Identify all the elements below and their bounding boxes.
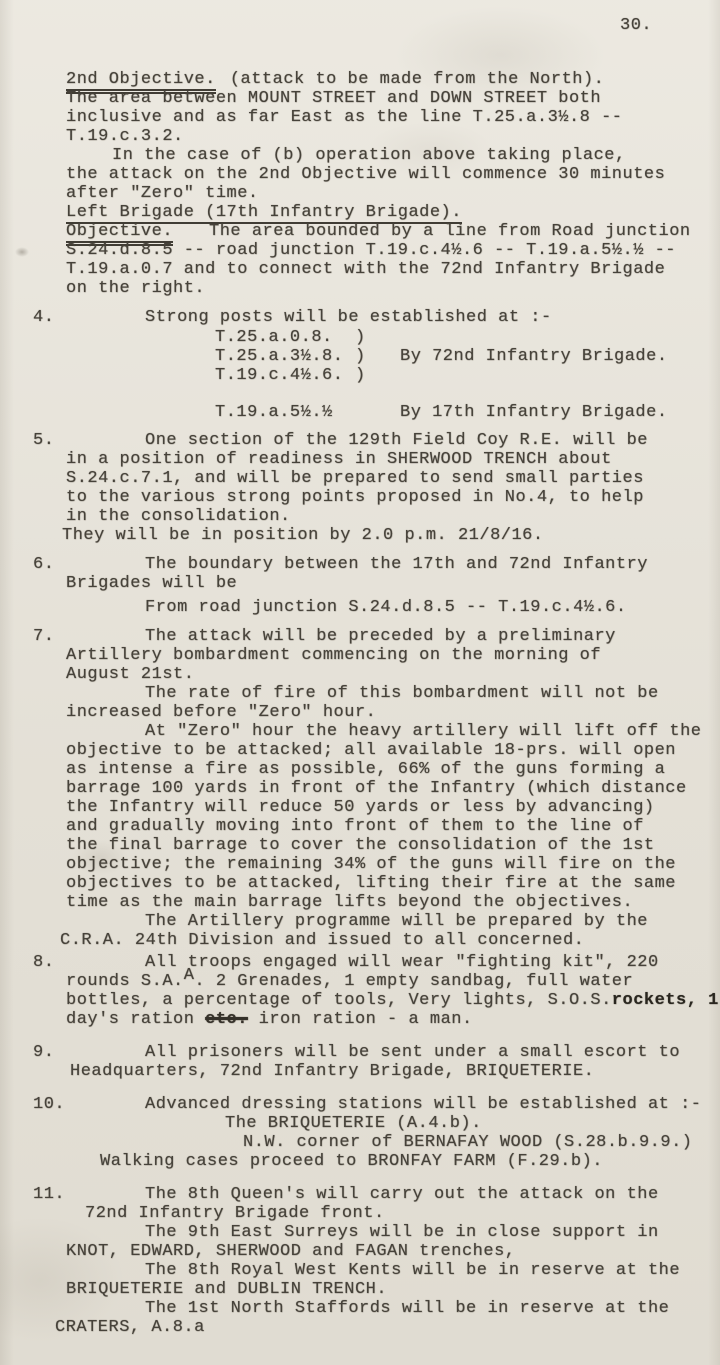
strong-post-row: T.25.a.3½.8.)By 72nd Infantry Brigade.: [215, 347, 668, 366]
text-segment: day's ration: [66, 1010, 205, 1029]
doc-line: S.24.d.8.5 -- road junction T.19.c.4½.6 …: [66, 241, 676, 260]
section-number: 4.: [33, 308, 54, 327]
doc-line: The area between MOUNT STREET and DOWN S…: [66, 89, 601, 108]
map-coordinate: T.25.a.0.8.: [215, 328, 355, 347]
doc-line: KNOT, EDWARD, SHERWOOD and FAGAN trenche…: [66, 1242, 515, 1261]
doc-line: rounds S.A.A. 2 Grenades, 1 empty sandba…: [66, 972, 633, 991]
doc-line: The 1st North Staffords will be in reser…: [145, 1299, 669, 1318]
doc-line: Artillery bombardment commencing on the …: [66, 646, 601, 665]
doc-line: in a position of readiness in SHERWOOD T…: [66, 450, 612, 469]
doc-line: They will be in position by 2.0 p.m. 21/…: [62, 526, 544, 545]
later-ink-text: rockets, 1: [612, 991, 719, 1010]
doc-line: August 21st.: [66, 665, 194, 684]
text-segment: bottles, a percentage of tools, Very lig…: [66, 991, 612, 1010]
map-coordinate: T.19.c.4½.6.: [215, 366, 355, 385]
doc-line: after "Zero" time.: [66, 184, 259, 203]
doc-line: the attack on the 2nd Objective will com…: [66, 165, 665, 184]
doc-line: the Infantry will reduce 50 yards or les…: [66, 798, 655, 817]
bracket: ): [355, 347, 400, 366]
page-number: 30.: [620, 16, 652, 35]
doc-line: C.R.A. 24th Division and issued to all c…: [60, 931, 584, 950]
heading-left-brigade: Left Brigade (17th Infantry Brigade).: [66, 203, 462, 224]
doc-line: S.24.c.7.1, and will be prepared to send…: [66, 469, 644, 488]
doc-line: The BRIQUETERIE (A.4.b).: [225, 1114, 482, 1133]
doc-line: in the consolidation.: [66, 507, 291, 526]
section-number: 5.: [33, 431, 54, 450]
heading-2nd-objective-rest: (attack to be made from the North).: [230, 70, 605, 89]
bracket: [355, 403, 400, 422]
doc-line: on the right.: [66, 279, 205, 298]
strong-post-row: T.19.c.4½.6.): [215, 366, 400, 385]
doc-line: The rate of fire of this bombardment wil…: [145, 684, 659, 703]
doc-line: CRATERS, A.8.a: [55, 1318, 205, 1337]
document-page: 30. 2nd Objective.(attack to be made fro…: [0, 0, 720, 1365]
doc-line: barrage 100 yards in front of the Infant…: [66, 779, 687, 798]
doc-line: objective; the remaining 34% of the guns…: [66, 855, 676, 874]
doc-line: Left Brigade (17th Infantry Brigade).: [66, 203, 462, 222]
doc-line: In the case of (b) operation above takin…: [112, 146, 626, 165]
doc-line: The boundary between the 17th and 72nd I…: [145, 555, 648, 574]
section-number: 9.: [33, 1043, 54, 1062]
objective-text: The area bounded by a line from Road jun…: [209, 222, 691, 241]
text-segment: rounds S.A.: [66, 972, 184, 991]
text-segment: iron ration - a man.: [248, 1010, 473, 1029]
section-number: 11.: [33, 1185, 65, 1204]
doc-line: objective to be attacked; all available …: [66, 741, 676, 760]
doc-line: day's ration etc. iron ration - a man.: [66, 1010, 473, 1029]
text-segment: . 2 Grenades, 1 empty sandbag, full wate…: [194, 972, 633, 991]
doc-line: Advanced dressing stations will be estab…: [145, 1095, 702, 1114]
doc-line: and gradually moving into front of them …: [66, 817, 644, 836]
struck-out-text: etc.: [205, 1010, 248, 1029]
doc-line: increased before "Zero" hour.: [66, 703, 376, 722]
map-coordinate: T.25.a.3½.8.: [215, 347, 355, 366]
doc-line: objectives to be attacked, lifting their…: [66, 874, 676, 893]
bracket: ): [355, 366, 400, 385]
doc-line: Brigades will be: [66, 574, 237, 593]
doc-line: to the various strong points proposed in…: [66, 488, 644, 507]
map-coordinate: T.19.a.5½.½: [215, 403, 355, 422]
doc-line: The 8th Royal West Kents will be in rese…: [145, 1261, 680, 1280]
doc-line: bottles, a percentage of tools, Very lig…: [66, 991, 719, 1010]
doc-line: From road junction S.24.d.8.5 -- T.19.c.…: [145, 598, 627, 617]
doc-line: Walking cases proceed to BRONFAY FARM (F…: [100, 1152, 603, 1171]
doc-line: T.19.a.0.7 and to connect with the 72nd …: [66, 260, 665, 279]
doc-line: Strong posts will be established at :-: [145, 308, 552, 327]
doc-line: N.W. corner of BERNAFAY WOOD (S.28.b.9.9…: [243, 1133, 692, 1152]
doc-line: The attack will be preceded by a prelimi…: [145, 627, 616, 646]
doc-line: BRIQUETERIE and DUBLIN TRENCH.: [66, 1280, 387, 1299]
bracket: ): [355, 328, 400, 347]
strong-post-row: T.19.a.5½.½By 17th Infantry Brigade.: [215, 403, 668, 422]
section-number: 7.: [33, 627, 54, 646]
strong-post-row: T.25.a.0.8.): [215, 328, 400, 347]
doc-line: the final barrage to cover the consolida…: [66, 836, 655, 855]
post-owner: By 17th Infantry Brigade.: [400, 403, 668, 422]
doc-line: The Artillery programme will be prepared…: [145, 912, 648, 931]
doc-line: 2nd Objective.(attack to be made from th…: [66, 70, 604, 89]
doc-line: as intense a fire as possible, 66% of th…: [66, 760, 665, 779]
doc-line: All troops engaged will wear "fighting k…: [145, 953, 659, 972]
doc-line: One section of the 129th Field Coy R.E. …: [145, 431, 648, 450]
section-number: 10.: [33, 1095, 65, 1114]
post-owner: By 72nd Infantry Brigade.: [400, 347, 668, 366]
doc-line: The 9th East Surreys will be in close su…: [145, 1223, 659, 1242]
section-number: 8.: [33, 953, 54, 972]
doc-line: time as the main barrage lifts beyond th…: [66, 893, 633, 912]
doc-line: 72nd Infantry Brigade front.: [85, 1204, 385, 1223]
doc-line: T.19.c.3.2.: [66, 127, 184, 146]
doc-line: All prisoners will be sent under a small…: [145, 1043, 680, 1062]
doc-line: At "Zero" hour the heavy artillery will …: [145, 722, 702, 741]
section-number: 6.: [33, 555, 54, 574]
doc-line: Headquarters, 72nd Infantry Brigade, BRI…: [70, 1062, 594, 1081]
doc-line: inclusive and as far East as the line T.…: [66, 108, 623, 127]
doc-line: The 8th Queen's will carry out the attac…: [145, 1185, 659, 1204]
inserted-character: A: [184, 966, 195, 985]
doc-line: Objective.The area bounded by a line fro…: [66, 222, 691, 241]
